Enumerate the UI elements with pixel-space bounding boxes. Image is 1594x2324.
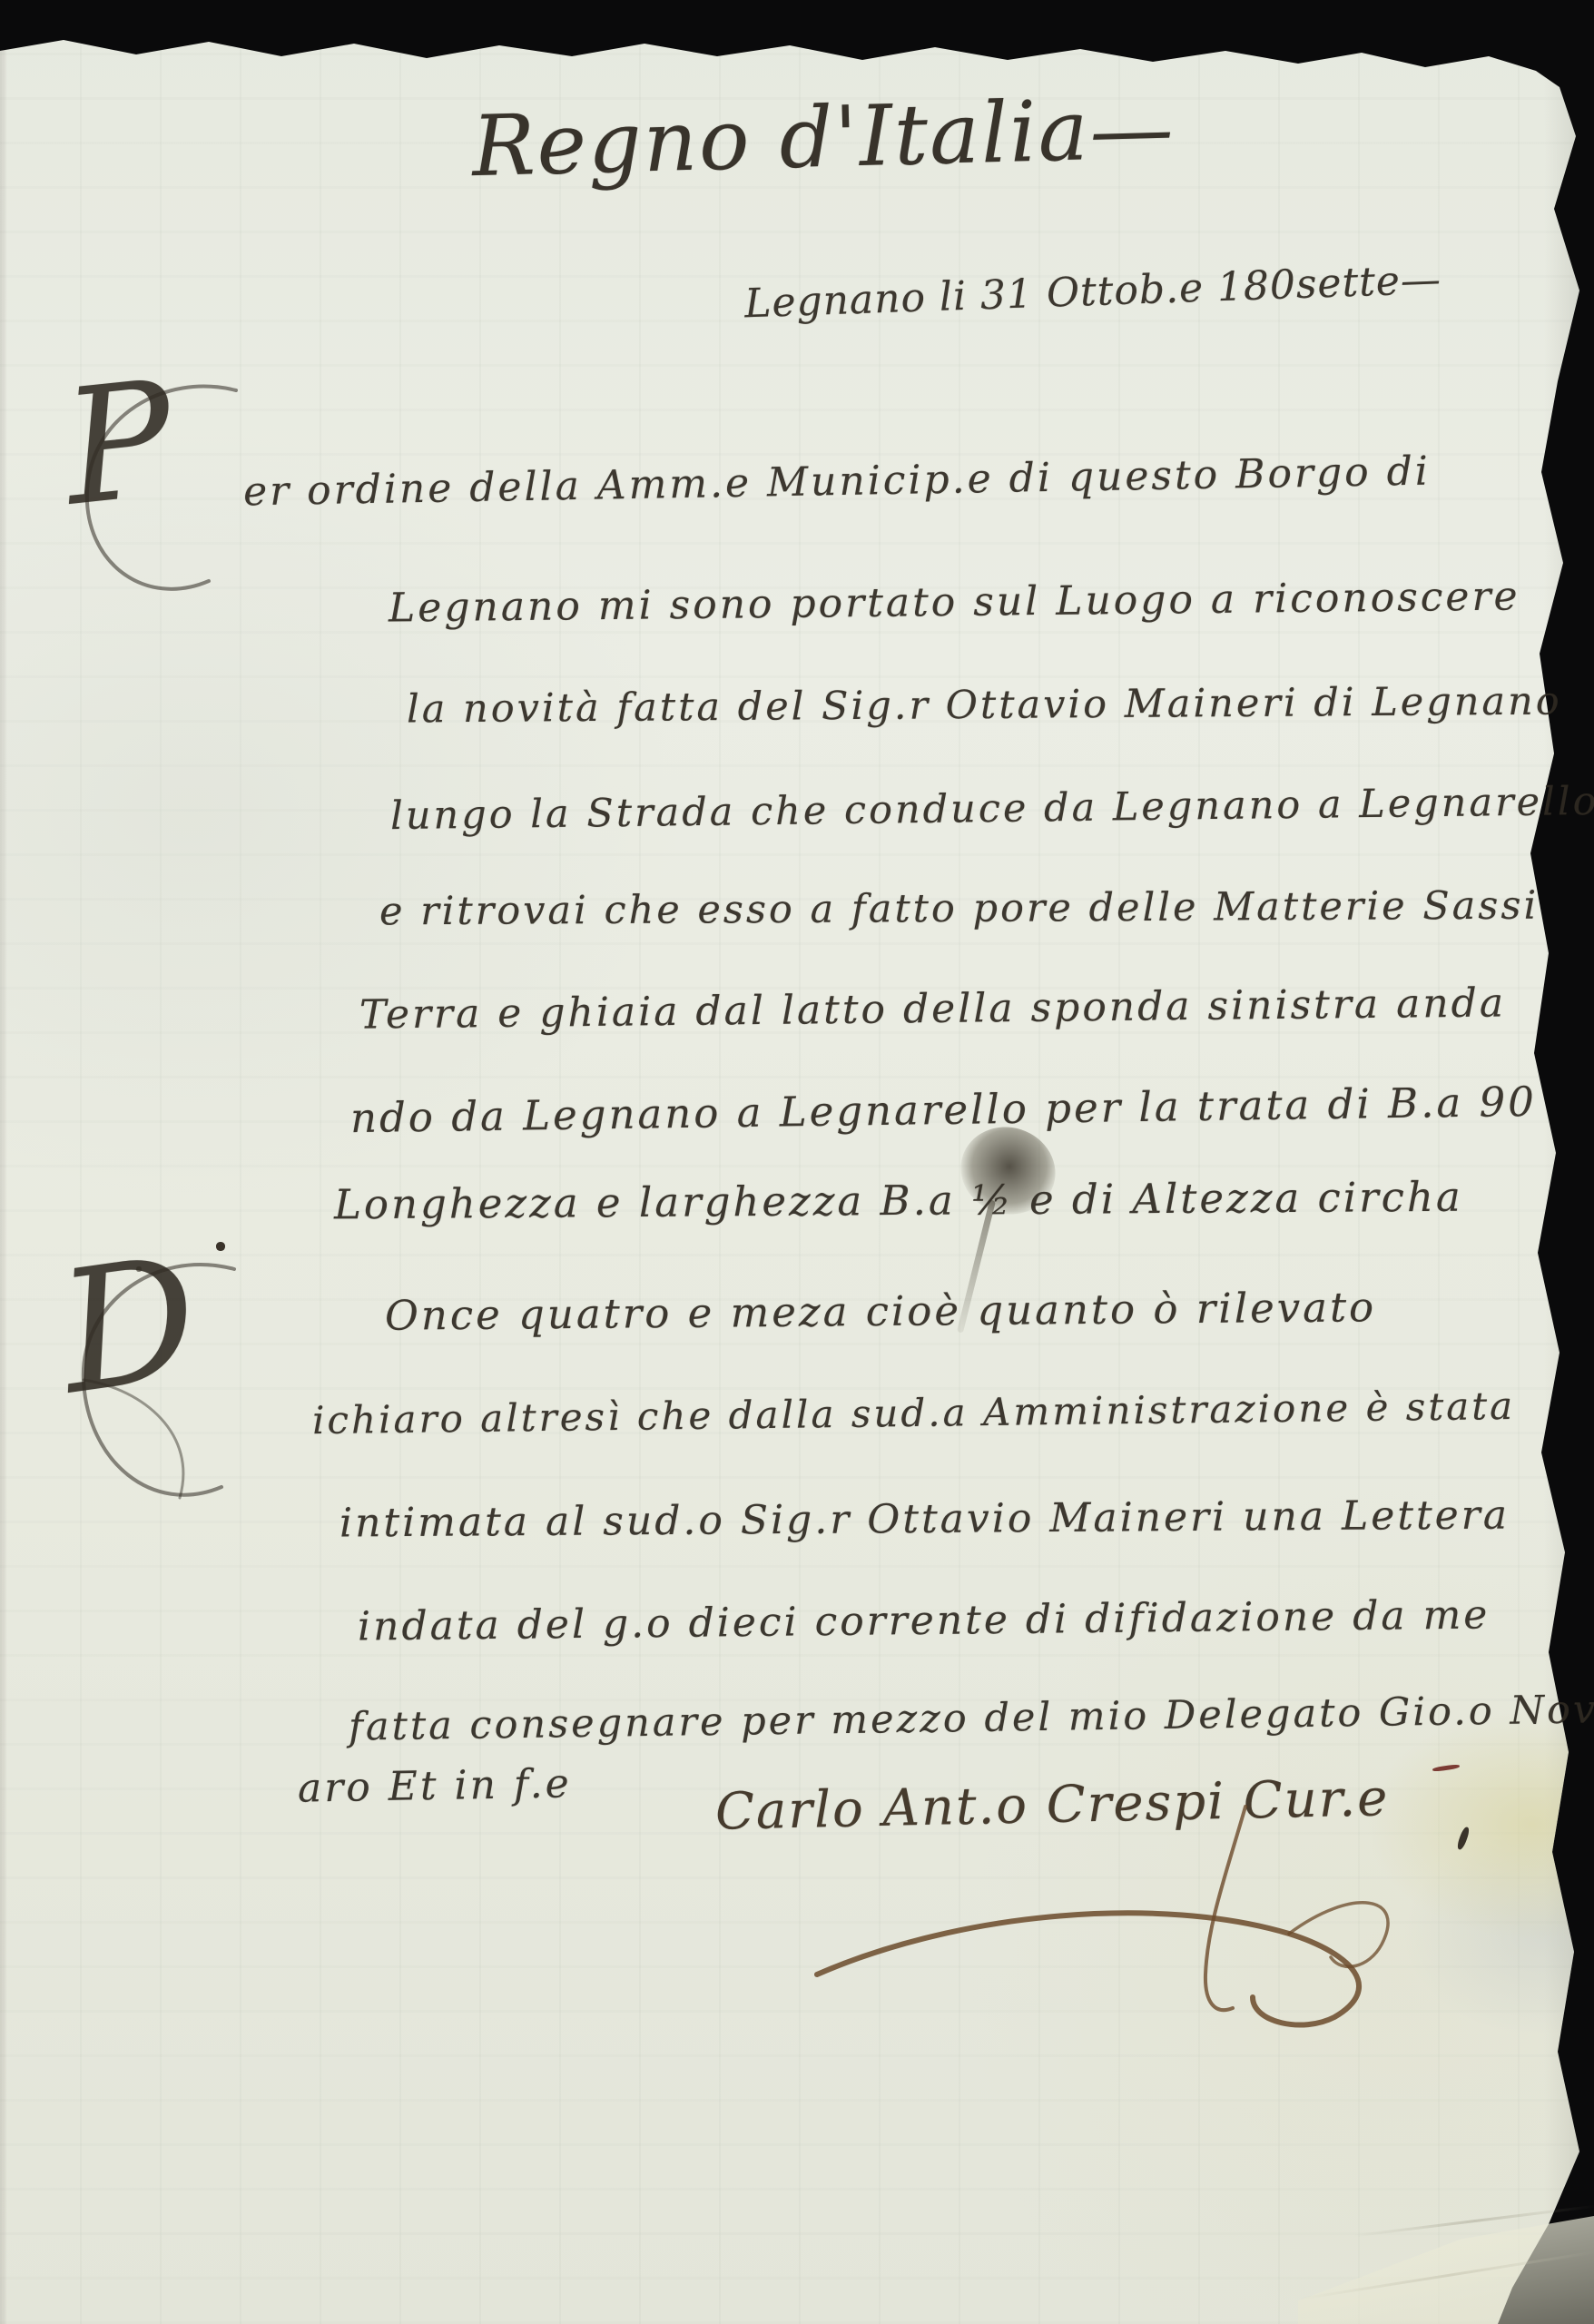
- manuscript-line: Once quatro e meza cioè quanto ò rilevat…: [385, 1283, 1377, 1340]
- manuscript-line: la novità fatta del Sig.r Ottavio Mainer…: [407, 679, 1562, 733]
- manuscript-line: Longhezza e larghezza B.a ½ e di Altezza…: [334, 1173, 1463, 1229]
- manuscript-line: aro Et in f.e: [298, 1760, 573, 1811]
- initial-p-swash: [54, 363, 290, 635]
- manuscript-line: intimata al sud.o Sig.r Ottavio Maineri …: [339, 1492, 1510, 1547]
- manuscript-line: e ritrovai che esso a fatto pore delle M…: [379, 883, 1540, 935]
- initial-d-swash: [44, 1244, 298, 1534]
- scanned-manuscript-page: Regno d'Italia— Legnano li 31 Ottob.e 18…: [0, 0, 1594, 2324]
- document-title: Regno d'Italia—: [471, 80, 1176, 195]
- signature-flourish: [781, 1779, 1434, 2079]
